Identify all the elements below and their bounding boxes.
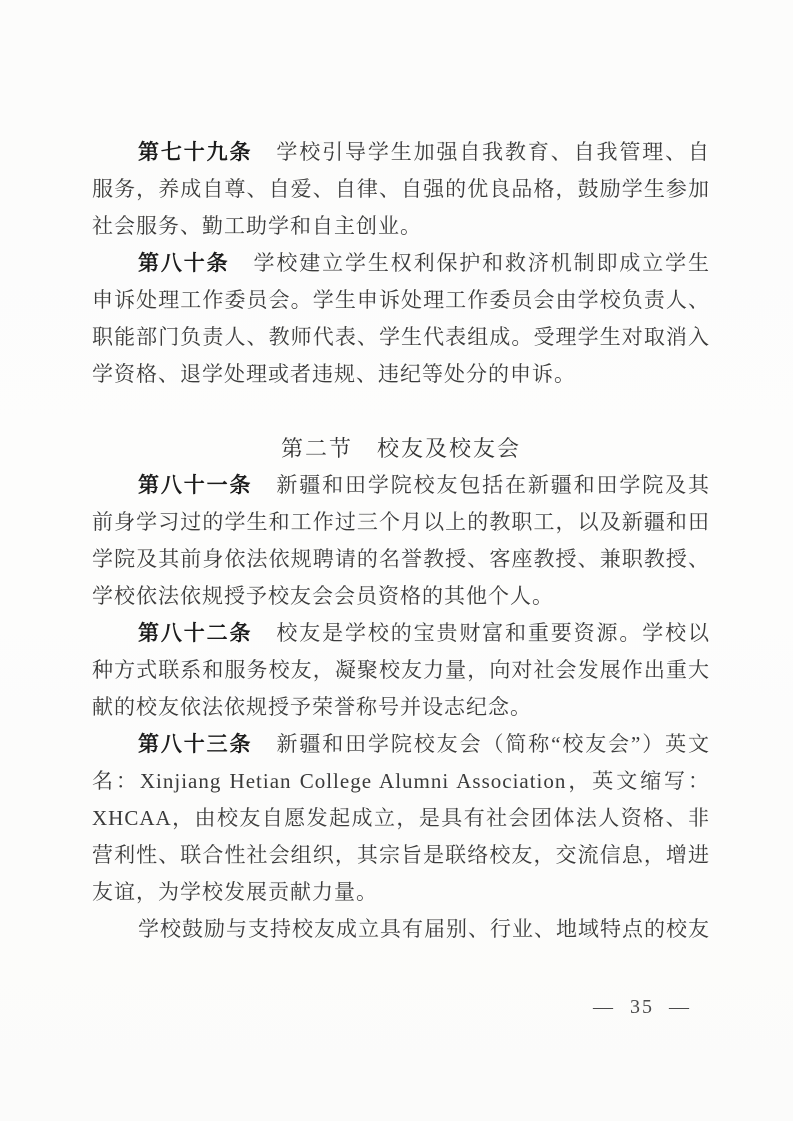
article-paragraph: 第八十三条新疆和田学院校友会（简称“校友会”）英文译名：Xinjiang Het… bbox=[92, 726, 710, 911]
text-line: 献的校友依法依规授予荣誉称号并设志纪念。 bbox=[92, 689, 710, 726]
body-paragraph: 学校鼓励与支持校友成立具有届别、行业、地域特点的校友 bbox=[92, 911, 710, 948]
text-line: 第八十一条新疆和田学院校友包括在新疆和田学院及其 bbox=[92, 467, 710, 504]
text-line: 名：Xinjiang Hetian College Alumni Associa… bbox=[92, 763, 710, 800]
article-paragraph: 第七十九条学校引导学生加强自我教育、自我管理、自我服务，养成自尊、自爱、自律、自… bbox=[92, 134, 710, 245]
text-line: 第八十条学校建立学生权利保护和救济机制即成立学生 bbox=[92, 245, 710, 282]
document-content: 第七十九条学校引导学生加强自我教育、自我管理、自我服务，养成自尊、自爱、自律、自… bbox=[92, 134, 710, 948]
article-number: 第八十一条 bbox=[138, 473, 252, 497]
article-number: 第七十九条 bbox=[138, 140, 252, 164]
scanned-document-page: 第七十九条学校引导学生加强自我教育、自我管理、自我服务，养成自尊、自爱、自律、自… bbox=[0, 0, 793, 1121]
article-number: 第八十条 bbox=[138, 251, 229, 275]
article-number: 第八十三条 bbox=[138, 732, 252, 756]
text-line: 种方式联系和服务校友，凝聚校友力量，向对社会发展作出重大贡 bbox=[92, 652, 710, 689]
text-line: 营利性、联合性社会组织，其宗旨是联络校友，交流信息，增进 bbox=[92, 837, 710, 874]
text-line: XHCAA，由校友自愿发起成立，是具有社会团体法人资格、非 bbox=[92, 800, 710, 837]
article-paragraph: 第八十一条新疆和田学院校友包括在新疆和田学院及其前身学习过的学生和工作过三个月以… bbox=[92, 467, 710, 615]
text-line: 前身学习过的学生和工作过三个月以上的教职工，以及新疆和田 bbox=[92, 504, 710, 541]
text-line: 第七十九条学校引导学生加强自我教育、自我管理、自我 bbox=[92, 134, 710, 171]
text-line: 第八十三条新疆和田学院校友会（简称“校友会”）英文译 bbox=[92, 726, 710, 763]
text-line: 第八十二条校友是学校的宝贵财富和重要资源。学校以多 bbox=[92, 615, 710, 652]
text-line: 学资格、退学处理或者违规、违纪等处分的申诉。 bbox=[92, 356, 710, 393]
text-line: 学校依法依规授予校友会会员资格的其他个人。 bbox=[92, 578, 710, 615]
article-text: 新疆和田学院校友包括在新疆和田学院及其 bbox=[276, 473, 710, 497]
article-paragraph: 第八十条学校建立学生权利保护和救济机制即成立学生申诉处理工作委员会。学生申诉处理… bbox=[92, 245, 710, 393]
text-line: 服务，养成自尊、自爱、自律、自强的优良品格，鼓励学生参加 bbox=[92, 171, 710, 208]
text-line: 职能部门负责人、教师代表、学生代表组成。受理学生对取消入 bbox=[92, 319, 710, 356]
page-footer: — 35 — bbox=[593, 996, 691, 1019]
page-number: — 35 — bbox=[593, 996, 691, 1018]
article-paragraph: 第八十二条校友是学校的宝贵财富和重要资源。学校以多种方式联系和服务校友，凝聚校友… bbox=[92, 615, 710, 726]
article-text: 学校建立学生权利保护和救济机制即成立学生 bbox=[253, 251, 710, 275]
section-heading: 第二节 校友及校友会 bbox=[92, 430, 710, 467]
text-line: 学校鼓励与支持校友成立具有届别、行业、地域特点的校友 bbox=[92, 911, 710, 948]
article-number: 第八十二条 bbox=[138, 621, 252, 645]
text-line: 申诉处理工作委员会。学生申诉处理工作委员会由学校负责人、 bbox=[92, 282, 710, 319]
text-line: 友谊，为学校发展贡献力量。 bbox=[92, 874, 710, 911]
text-line: 社会服务、勤工助学和自主创业。 bbox=[92, 208, 710, 245]
text-line: 学院及其前身依法依规聘请的名誉教授、客座教授、兼职教授、 bbox=[92, 541, 710, 578]
